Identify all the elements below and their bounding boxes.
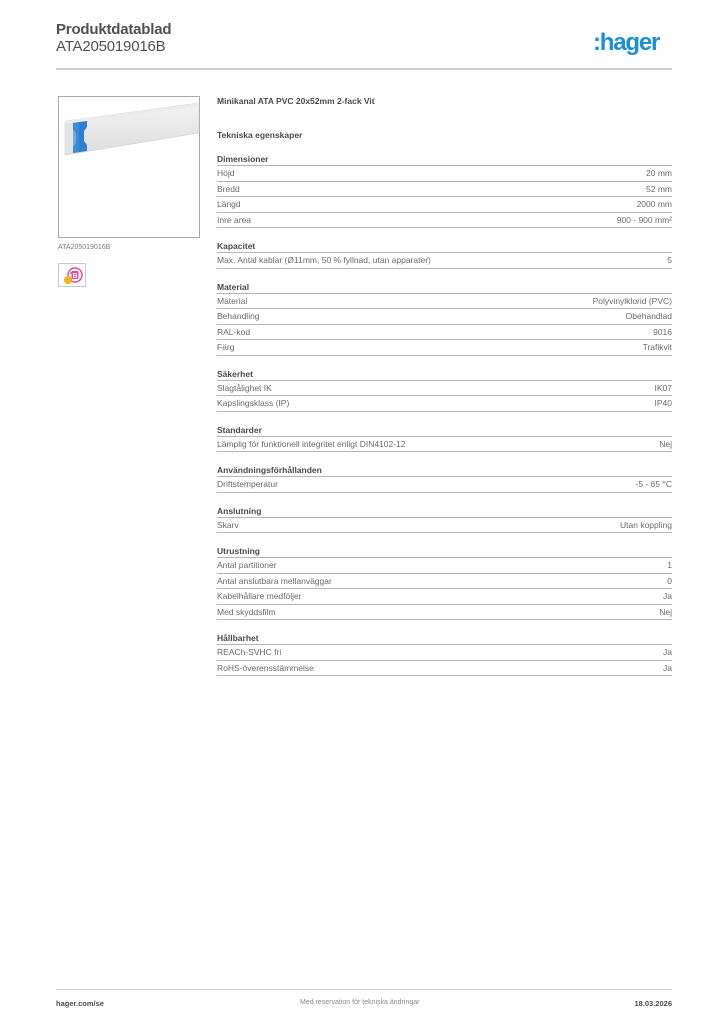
- spec-value: Trafikvit: [643, 342, 672, 352]
- spec-value: Nej: [659, 607, 672, 617]
- svg-text:B: B: [72, 273, 77, 280]
- spec-value: 52 mm: [646, 184, 672, 194]
- spec-row: Kapslingsklass (IP)IP40: [217, 396, 672, 412]
- spec-row: Lämplig för funktionell integritet enlig…: [217, 437, 672, 453]
- spec-row: BehandlingObehandlad: [217, 309, 672, 325]
- spec-section: UtrustningAntal partitioner1Antal anslut…: [217, 545, 672, 620]
- spec-row: MaterialPolyvinylklorid (PVC): [217, 294, 672, 310]
- spec-label: Skarv: [217, 520, 239, 530]
- spec-row: Bredd52 mm: [217, 182, 672, 198]
- section-title: Anslutning: [217, 505, 672, 518]
- spec-label: Lämplig för funktionell integritet enlig…: [217, 439, 406, 449]
- spec-label: Kabelhållare medföljer: [217, 591, 302, 601]
- spec-value: Ja: [663, 591, 672, 601]
- section-title: Kapacitet: [217, 240, 672, 253]
- spec-label: Bredd: [217, 184, 240, 194]
- spec-row: Slagtålighet IKIK07: [217, 381, 672, 397]
- spec-label: Max. Antal kablar (Ø11mm, 50 % fyllnad, …: [217, 255, 431, 265]
- spec-value: 900 - 900 mm²: [617, 215, 672, 225]
- spec-value: 1: [667, 560, 672, 570]
- spec-section: AnslutningSkarvUtan koppling: [217, 505, 672, 534]
- spec-section: MaterialMaterialPolyvinylklorid (PVC)Beh…: [217, 281, 672, 356]
- spec-row: Antal anslutbara mellanväggar0: [217, 574, 672, 590]
- spec-row: Antal partitioner1: [217, 558, 672, 574]
- article-number: ATA205019016B: [56, 38, 165, 55]
- spec-value: 5: [667, 255, 672, 265]
- spec-value: 0: [667, 576, 672, 586]
- spec-label: Behandling: [217, 311, 260, 321]
- spec-row: RoHS-överensstämmelseJa: [217, 661, 672, 677]
- spec-row: FärgTrafikvit: [217, 340, 672, 356]
- image-caption: ATA205019016B: [58, 244, 110, 251]
- spec-row: REACh-SVHC friJa: [217, 645, 672, 661]
- website-link[interactable]: hager.com/se: [56, 999, 104, 1008]
- disclaimer: Med reservation för tekniska ändringar: [300, 999, 419, 1006]
- spec-label: Driftstemperatur: [217, 479, 278, 489]
- spec-row: Kabelhållare medföljerJa: [217, 589, 672, 605]
- spec-label: RoHS-överensstämmelse: [217, 663, 314, 673]
- spec-row: SkarvUtan koppling: [217, 518, 672, 534]
- spec-value: 9016: [653, 327, 672, 337]
- spec-label: Antal anslutbara mellanväggar: [217, 576, 332, 586]
- section-title: Hållbarhet: [217, 632, 672, 645]
- spec-value: IP40: [655, 398, 673, 408]
- spec-row: Med skyddsfilmNej: [217, 605, 672, 621]
- cable-trunking-image: [59, 97, 201, 239]
- footer-divider: [56, 989, 672, 990]
- spec-value: Ja: [663, 647, 672, 657]
- spec-label: Färg: [217, 342, 234, 352]
- section-title: Säkerhet: [217, 368, 672, 381]
- spec-row: Inre area900 - 900 mm²: [217, 213, 672, 229]
- spec-value: Obehandlad: [626, 311, 672, 321]
- spec-section: DimensionerHöjd20 mmBredd52 mmLängd2000 …: [217, 153, 672, 228]
- section-title: Dimensioner: [217, 153, 672, 166]
- section-title: Användningsförhållanden: [217, 464, 672, 477]
- spec-label: REACh-SVHC fri: [217, 647, 281, 657]
- spec-value: Utan koppling: [620, 520, 672, 530]
- spec-label: Längd: [217, 199, 241, 209]
- spec-label: Kapslingsklass (IP): [217, 398, 289, 408]
- product-name: Minikanal ATA PVC 20x52mm 2-fack Vit: [217, 95, 672, 107]
- document-date: 18.03.2026: [634, 999, 672, 1008]
- eco-declaration-badge[interactable]: B: [58, 263, 86, 287]
- spec-row: Max. Antal kablar (Ø11mm, 50 % fyllnad, …: [217, 253, 672, 269]
- product-image: [58, 96, 200, 238]
- spec-section: SäkerhetSlagtålighet IKIK07Kapslingsklas…: [217, 368, 672, 412]
- spec-row: Driftstemperatur-5 - 65 °C: [217, 477, 672, 493]
- spec-value: -5 - 65 °C: [636, 479, 672, 489]
- spec-label: Antal partitioner: [217, 560, 277, 570]
- section-title: Material: [217, 281, 672, 294]
- spec-row: Längd2000 mm: [217, 197, 672, 213]
- product-specs: Minikanal ATA PVC 20x52mm 2-fack Vit Tek…: [217, 95, 672, 676]
- section-title: Standarder: [217, 424, 672, 437]
- spec-value: 20 mm: [646, 168, 672, 178]
- hager-logo: :hager: [593, 29, 659, 57]
- header-divider: [56, 68, 672, 70]
- spec-row: Höjd20 mm: [217, 166, 672, 182]
- spec-value: Polyvinylklorid (PVC): [593, 296, 672, 306]
- spec-value: Ja: [663, 663, 672, 673]
- spec-row: RAL-kod9016: [217, 325, 672, 341]
- spec-label: Material: [217, 296, 247, 306]
- spec-value: IK07: [655, 383, 673, 393]
- section-title: Utrustning: [217, 545, 672, 558]
- spec-label: Inre area: [217, 215, 251, 225]
- document-title: Produktdatablad: [56, 21, 171, 38]
- spec-value: Nej: [659, 439, 672, 449]
- spec-section: KapacitetMax. Antal kablar (Ø11mm, 50 % …: [217, 240, 672, 269]
- spec-label: Med skyddsfilm: [217, 607, 276, 617]
- spec-section: AnvändningsförhållandenDriftstemperatur-…: [217, 464, 672, 493]
- eco-declaration-icon: B: [59, 264, 87, 288]
- spec-value: 2000 mm: [637, 199, 672, 209]
- spec-label: RAL-kod: [217, 327, 250, 337]
- spec-label: Höjd: [217, 168, 234, 178]
- spec-section: HållbarhetREACh-SVHC friJaRoHS-överensst…: [217, 632, 672, 676]
- spec-label: Slagtålighet IK: [217, 383, 272, 393]
- tech-properties-heading: Tekniska egenskaper: [217, 129, 672, 141]
- spec-section: StandarderLämplig för funktionell integr…: [217, 424, 672, 453]
